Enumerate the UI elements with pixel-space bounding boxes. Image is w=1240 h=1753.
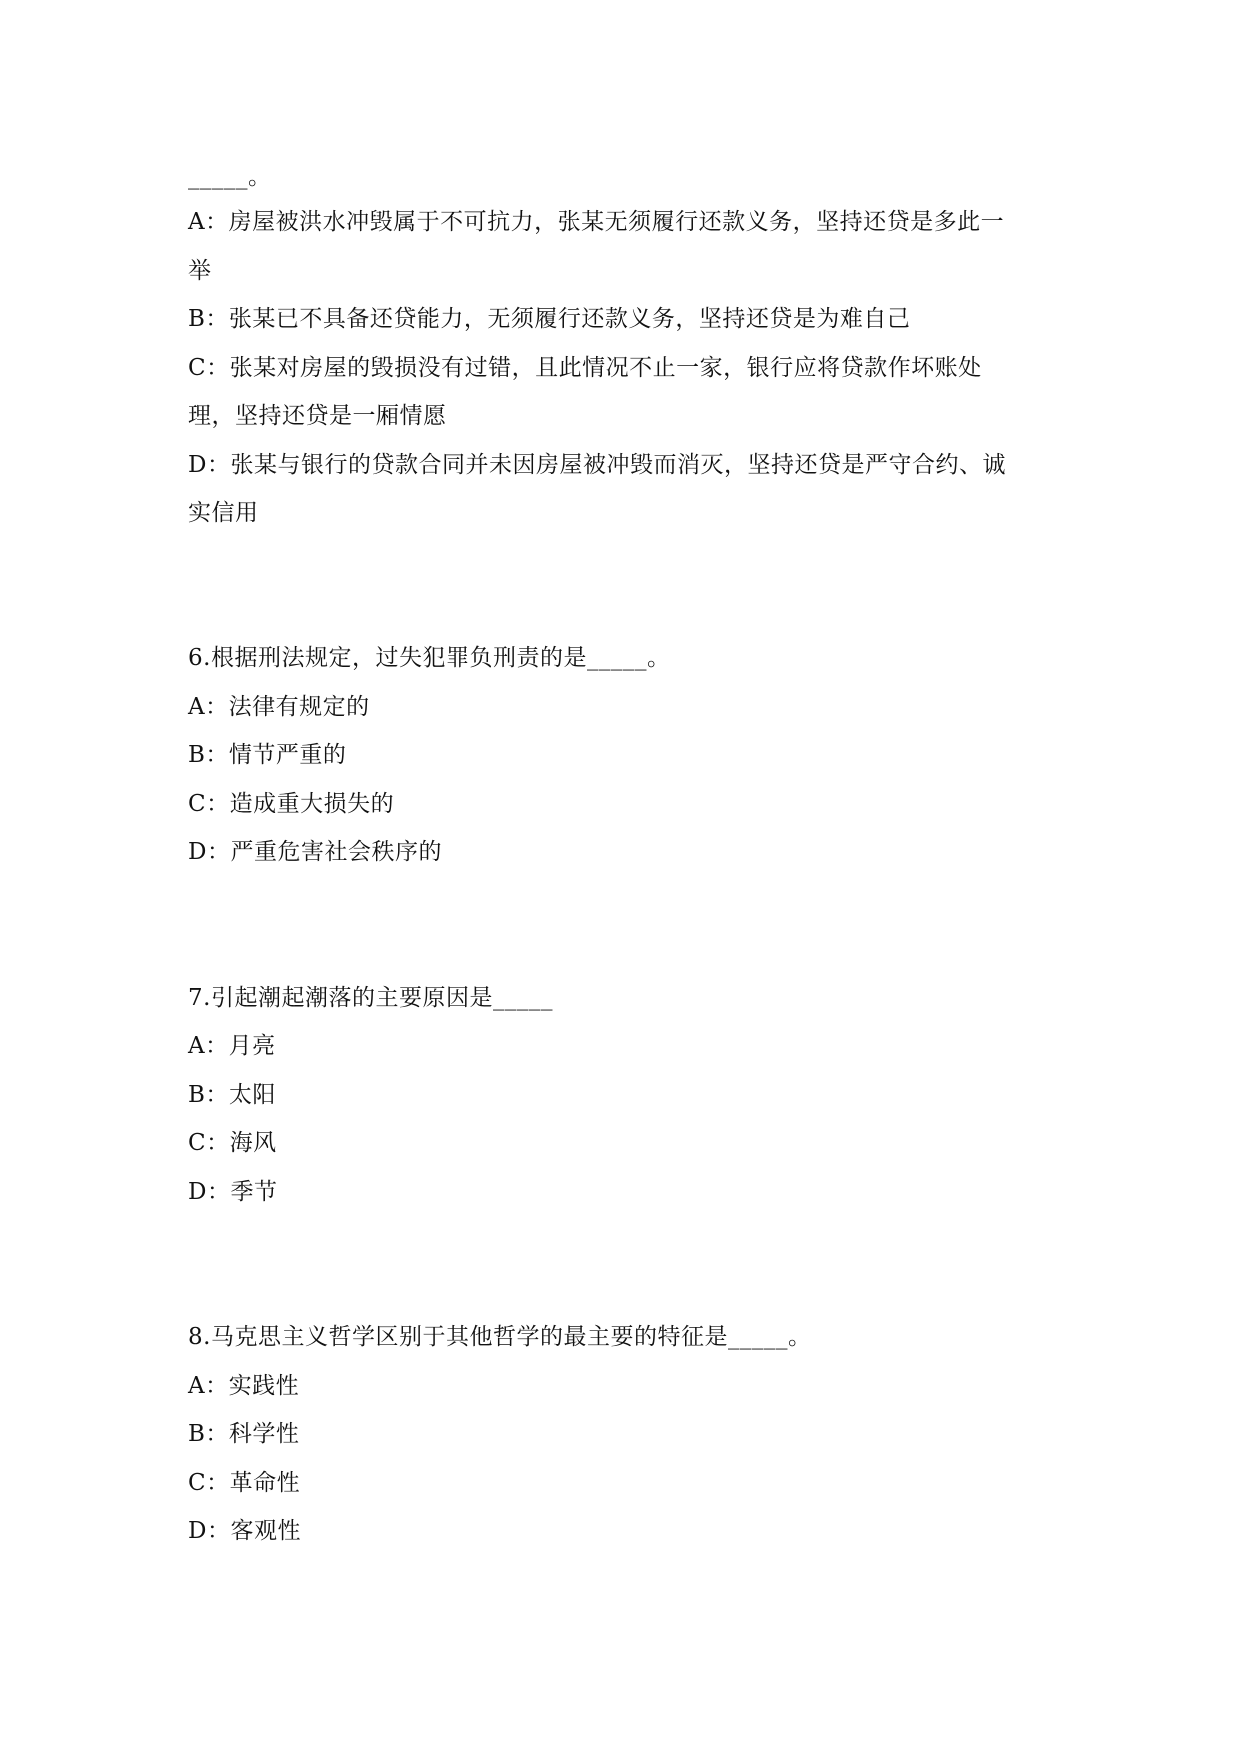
question-7-stem: 7.引起潮起潮落的主要原因是_____ [188,983,553,1013]
question-5-option-a: A：房屋被洪水冲毁属于不可抗力，张某无须履行还款义务，坚持还贷是多此一 [188,207,1004,237]
question-5-option-d: D：张某与银行的贷款合同并未因房屋被冲毁而消灭，坚持还贷是严守合约、诚 [188,450,1006,480]
question-5-option-a-cont: 举 [188,256,212,286]
question-8-stem: 8.马克思主义哲学区别于其他哲学的最主要的特征是_____。 [188,1322,811,1352]
question-5-option-c-cont: 理，坚持还贷是一厢情愿 [188,401,447,431]
question-6-option-b: B：情节严重的 [188,740,346,770]
question-5-option-c: C：张某对房屋的毁损没有过错，且此情况不止一家，银行应将贷款作坏账处 [188,353,982,383]
question-7-option-b: B：太阳 [188,1080,276,1110]
question-5-option-d-cont: 实信用 [188,498,259,528]
document-page: _____。 A：房屋被洪水冲毁属于不可抗力，张某无须履行还款义务，坚持还贷是多… [0,0,1240,1753]
question-8-option-a: A：实践性 [188,1371,299,1401]
question-8-option-b: B：科学性 [188,1419,299,1449]
question-7-option-d: D：季节 [188,1177,277,1207]
question-7-option-c: C：海风 [188,1128,277,1158]
question-5-stem-tail: _____。 [188,162,272,192]
question-8-option-d: D：客观性 [188,1516,301,1546]
question-6-option-a: A：法律有规定的 [188,692,370,722]
question-6-stem: 6.根据刑法规定，过失犯罪负刑责的是_____。 [188,643,670,673]
question-5-option-b: B：张某已不具备还贷能力，无须履行还款义务，坚持还贷是为难自己 [188,304,910,334]
question-6-option-d: D：严重危害社会秩序的 [188,837,442,867]
question-8-option-c: C：革命性 [188,1468,300,1498]
question-6-option-c: C：造成重大损失的 [188,789,394,819]
question-7-option-a: A：月亮 [188,1031,276,1061]
